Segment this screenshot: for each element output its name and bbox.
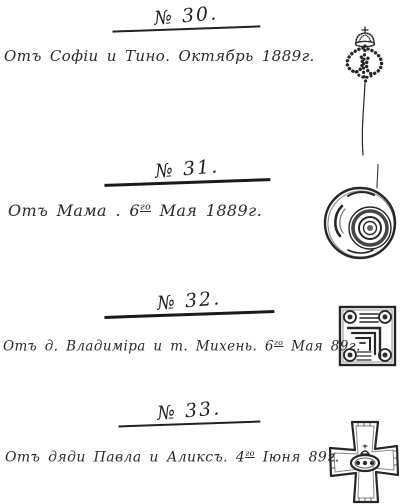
caption-sup: го (140, 202, 151, 213)
cross-badge-drawing (328, 418, 400, 504)
square-brooch-drawing (337, 300, 399, 372)
entry-30-number: № 30. (145, 2, 227, 32)
entry-31-caption: Отъ Мама . 6го Мая 1889г. (8, 201, 318, 220)
entry-33-caption: Отъ дяди Павла и Аликсъ. 4го Іюня 89г. (5, 448, 325, 466)
caption-text: Отъ дяди Павла и Аликсъ. 4 (5, 450, 245, 466)
entry-31-heading: № 31. (104, 155, 271, 187)
entry-33-number: № 33. (148, 397, 230, 427)
entry-30-caption: Отъ Софіи и Тино. Октябрь 1889г. (4, 47, 334, 65)
round-brooch-drawing (320, 164, 400, 262)
entry-31-number: № 31. (146, 155, 228, 185)
entry-32-number: № 32. (148, 287, 230, 317)
caption-rest: Мая 1889г. (151, 201, 262, 220)
entry-33-heading: № 33. (118, 398, 261, 428)
caption-sup: го (245, 448, 255, 458)
entry-32-caption: Отъ д. Владиміра и т. Михень. 6го Мая 89… (3, 338, 338, 355)
caption-text: Отъ Софіи и Тино. Октябрь 1889г. (4, 47, 315, 65)
entry-30-heading: № 30. (112, 2, 261, 32)
caption-sup: го (274, 338, 283, 347)
caption-text: Отъ д. Владиміра и т. Михень. 6 (3, 339, 274, 355)
manuscript-page: № 30. Отъ Софіи и Тино. Октябрь 1889г. №… (0, 0, 400, 504)
entry-32-heading: № 32. (104, 287, 275, 319)
caption-rest: Іюня 89г. (255, 450, 340, 466)
crown-stickpin-drawing (332, 26, 398, 158)
caption-text: Отъ Мама . 6 (8, 201, 140, 220)
